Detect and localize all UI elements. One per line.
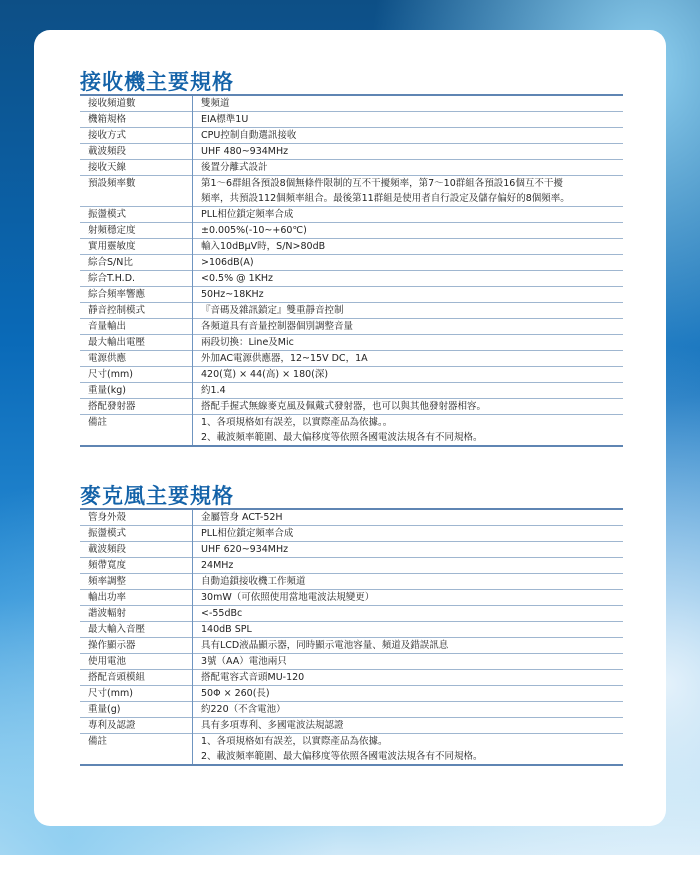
spec-value-line: 金屬管身 ACT-52H [201, 510, 623, 525]
spec-value-line: 搭配電容式音頭MU-120 [201, 670, 623, 685]
spec-row: 振盪模式PLL相位鎖定頻率合成 [80, 526, 623, 542]
spec-value-line: 後置分離式設計 [201, 160, 623, 175]
spec-value: 後置分離式設計 [193, 160, 624, 176]
spec-row: 綜合S/N比>106dB(A) [80, 255, 623, 271]
spec-row: 振盪模式PLL相位鎖定頻率合成 [80, 207, 623, 223]
spec-value-line: CPU控制自動選訊接收 [201, 128, 623, 143]
spec-key: 綜合T.H.D. [80, 271, 193, 287]
spec-row: 搭配音頭模組搭配電容式音頭MU-120 [80, 670, 623, 686]
spec-value-line: ±0.005%(-10~+60℃) [201, 223, 623, 238]
spec-value: 兩段切換：Line及Mic [193, 335, 624, 351]
spec-value: 50Φ × 260(長) [193, 686, 624, 702]
spec-card: 接收機主要規格 接收頻道數雙頻道機箱規格EIA標準1U接收方式CPU控制自動選訊… [34, 30, 666, 826]
spec-key: 管身外殼 [80, 509, 193, 526]
spec-key: 綜合頻率響應 [80, 287, 193, 303]
spec-value: 約220（不含電池） [193, 702, 624, 718]
spec-key: 操作顯示器 [80, 638, 193, 654]
spec-key: 綜合S/N比 [80, 255, 193, 271]
spec-row: 接收方式CPU控制自動選訊接收 [80, 128, 623, 144]
spec-value: 輸入10dBμV時，S/N>80dB [193, 239, 624, 255]
spec-key: 使用電池 [80, 654, 193, 670]
spec-value-line: 2、載波頻率範圍、最大偏移度等依照各國電波法規各有不同規格。 [201, 430, 623, 445]
spec-value-line: 『音碼及雜訊鎖定』雙重靜音控制 [201, 303, 623, 318]
spec-key: 諧波輻射 [80, 606, 193, 622]
spec-key: 接收頻道數 [80, 95, 193, 112]
bottom-margin [0, 855, 700, 873]
spec-key: 射頻穩定度 [80, 223, 193, 239]
spec-value: 具有多項專利、多國電波法規認證 [193, 718, 624, 734]
spec-value: 具有LCD液晶顯示器，同時顯示電池容量、頻道及錯誤訊息 [193, 638, 624, 654]
spec-key: 搭配音頭模組 [80, 670, 193, 686]
spec-value-line: 1、各項規格如有誤差，以實際產品為依據。 [201, 734, 623, 749]
spec-key: 機箱規格 [80, 112, 193, 128]
spec-row: 輸出功率30mW（可依照使用當地電波法規變更） [80, 590, 623, 606]
spec-key: 振盪模式 [80, 526, 193, 542]
spec-value: 金屬管身 ACT-52H [193, 509, 624, 526]
receiver-spec-title: 接收機主要規格 [80, 66, 234, 96]
spec-value-line: 420(寬) × 44(高) × 180(深) [201, 367, 623, 382]
spec-row: 射頻穩定度±0.005%(-10~+60℃) [80, 223, 623, 239]
spec-value-line: PLL相位鎖定頻率合成 [201, 526, 623, 541]
spec-value: 搭配手握式無線麥克風及佩戴式發射器，也可以與其他發射器相容。 [193, 399, 624, 415]
spec-key: 重量(g) [80, 702, 193, 718]
spec-value: 外加AC電源供應器，12~15V DC，1A [193, 351, 624, 367]
receiver-spec-table: 接收頻道數雙頻道機箱規格EIA標準1U接收方式CPU控制自動選訊接收載波頻段UH… [80, 94, 623, 447]
spec-row: 音量輸出各頻道具有音量控制器個別調整音量 [80, 319, 623, 335]
spec-value: <0.5% @ 1KHz [193, 271, 624, 287]
spec-row: 載波頻段UHF 480~934MHz [80, 144, 623, 160]
spec-value-line: 雙頻道 [201, 96, 623, 111]
microphone-spec-title: 麥克風主要規格 [80, 480, 234, 510]
spec-row: 使用電池3號（AA）電池兩只 [80, 654, 623, 670]
spec-value: 『音碼及雜訊鎖定』雙重靜音控制 [193, 303, 624, 319]
spec-key: 重量(kg) [80, 383, 193, 399]
spec-row: 操作顯示器具有LCD液晶顯示器，同時顯示電池容量、頻道及錯誤訊息 [80, 638, 623, 654]
spec-value-line: 具有多項專利、多國電波法規認證 [201, 718, 623, 733]
spec-row: 頻帶寬度24MHz [80, 558, 623, 574]
spec-row: 機箱規格EIA標準1U [80, 112, 623, 128]
spec-row: 靜音控制模式『音碼及雜訊鎖定』雙重靜音控制 [80, 303, 623, 319]
microphone-spec-table: 管身外殼金屬管身 ACT-52H振盪模式PLL相位鎖定頻率合成載波頻段UHF 6… [80, 508, 623, 766]
spec-row: 搭配發射器搭配手握式無線麥克風及佩戴式發射器，也可以與其他發射器相容。 [80, 399, 623, 415]
spec-value-line: 約220（不含電池） [201, 702, 623, 717]
spec-key: 輸出功率 [80, 590, 193, 606]
spec-key: 尺寸(mm) [80, 367, 193, 383]
spec-key: 電源供應 [80, 351, 193, 367]
spec-row: 備註1、各項規格如有誤差，以實際產品為依據。。2、載波頻率範圍、最大偏移度等依照… [80, 415, 623, 447]
spec-value: 24MHz [193, 558, 624, 574]
spec-value-line: UHF 480~934MHz [201, 144, 623, 159]
spec-value: 420(寬) × 44(高) × 180(深) [193, 367, 624, 383]
spec-key: 靜音控制模式 [80, 303, 193, 319]
spec-key: 最大輸入音壓 [80, 622, 193, 638]
spec-value: 雙頻道 [193, 95, 624, 112]
spec-row: 管身外殼金屬管身 ACT-52H [80, 509, 623, 526]
spec-row: 接收天線後置分離式設計 [80, 160, 623, 176]
spec-row: 綜合T.H.D.<0.5% @ 1KHz [80, 271, 623, 287]
spec-row: 最大輸出電壓兩段切換：Line及Mic [80, 335, 623, 351]
spec-key: 實用靈敏度 [80, 239, 193, 255]
spec-row: 諧波輻射<-55dBc [80, 606, 623, 622]
spec-key: 振盪模式 [80, 207, 193, 223]
spec-value-line: 140dB SPL [201, 622, 623, 637]
spec-value-line: PLL相位鎖定頻率合成 [201, 207, 623, 222]
spec-value-line: 約1.4 [201, 383, 623, 398]
spec-row: 最大輸入音壓140dB SPL [80, 622, 623, 638]
spec-value: CPU控制自動選訊接收 [193, 128, 624, 144]
spec-value: 第1～6群組各預設8個無條件限制的互不干擾頻率，第7～10群組各預設16個互不干… [193, 176, 624, 207]
spec-value-line: 第1～6群組各預設8個無條件限制的互不干擾頻率，第7～10群組各預設16個互不干… [201, 176, 623, 191]
spec-row: 尺寸(mm)50Φ × 260(長) [80, 686, 623, 702]
spec-row: 頻率調整自動追鎖接收機工作頻道 [80, 574, 623, 590]
spec-row: 重量(kg)約1.4 [80, 383, 623, 399]
spec-value-line: 30mW（可依照使用當地電波法規變更） [201, 590, 623, 605]
spec-key: 音量輸出 [80, 319, 193, 335]
spec-key: 備註 [80, 415, 193, 447]
spec-key: 最大輸出電壓 [80, 335, 193, 351]
spec-value-line: 3號（AA）電池兩只 [201, 654, 623, 669]
spec-row: 尺寸(mm)420(寬) × 44(高) × 180(深) [80, 367, 623, 383]
spec-key: 接收方式 [80, 128, 193, 144]
spec-row: 專利及認證具有多項專利、多國電波法規認證 [80, 718, 623, 734]
spec-value-line: 50Hz~18KHz [201, 287, 623, 302]
spec-value: UHF 480~934MHz [193, 144, 624, 160]
spec-value-line: EIA標準1U [201, 112, 623, 127]
spec-value-line: 外加AC電源供應器，12~15V DC，1A [201, 351, 623, 366]
spec-value-line: 搭配手握式無線麥克風及佩戴式發射器，也可以與其他發射器相容。 [201, 399, 623, 414]
spec-value-line: >106dB(A) [201, 255, 623, 270]
spec-value: 140dB SPL [193, 622, 624, 638]
spec-value-line: 具有LCD液晶顯示器，同時顯示電池容量、頻道及錯誤訊息 [201, 638, 623, 653]
spec-value: 50Hz~18KHz [193, 287, 624, 303]
spec-row: 預設頻率數第1～6群組各預設8個無條件限制的互不干擾頻率，第7～10群組各預設1… [80, 176, 623, 207]
spec-value: ±0.005%(-10~+60℃) [193, 223, 624, 239]
spec-value-line: <0.5% @ 1KHz [201, 271, 623, 286]
spec-value: 3號（AA）電池兩只 [193, 654, 624, 670]
spec-value: 約1.4 [193, 383, 624, 399]
spec-value-line: 2、載波頻率範圍、最大偏移度等依照各國電波法規各有不同規格。 [201, 749, 623, 764]
spec-row: 載波頻段UHF 620~934MHz [80, 542, 623, 558]
spec-value-line: 24MHz [201, 558, 623, 573]
spec-key: 尺寸(mm) [80, 686, 193, 702]
spec-row: 接收頻道數雙頻道 [80, 95, 623, 112]
spec-value: 1、各項規格如有誤差，以實際產品為依據。。2、載波頻率範圍、最大偏移度等依照各國… [193, 415, 624, 447]
spec-key: 載波頻段 [80, 542, 193, 558]
spec-value-line: 50Φ × 260(長) [201, 686, 623, 701]
spec-value-line: 自動追鎖接收機工作頻道 [201, 574, 623, 589]
spec-row: 電源供應外加AC電源供應器，12~15V DC，1A [80, 351, 623, 367]
spec-row: 實用靈敏度輸入10dBμV時，S/N>80dB [80, 239, 623, 255]
spec-row: 重量(g)約220（不含電池） [80, 702, 623, 718]
spec-value-line: 各頻道具有音量控制器個別調整音量 [201, 319, 623, 334]
spec-value-line: 輸入10dBμV時，S/N>80dB [201, 239, 623, 254]
spec-value: EIA標準1U [193, 112, 624, 128]
spec-value-line: 1、各項規格如有誤差，以實際產品為依據。。 [201, 415, 623, 430]
spec-value-line: 兩段切換：Line及Mic [201, 335, 623, 350]
spec-key: 預設頻率數 [80, 176, 193, 207]
spec-value: 各頻道具有音量控制器個別調整音量 [193, 319, 624, 335]
spec-value-line: 頻率，共預設112個頻率組合。最後第11群組是使用者自行設定及儲存偏好的8個頻率… [201, 191, 623, 206]
spec-value: 搭配電容式音頭MU-120 [193, 670, 624, 686]
spec-key: 專利及認證 [80, 718, 193, 734]
spec-value: UHF 620~934MHz [193, 542, 624, 558]
spec-value-line: UHF 620~934MHz [201, 542, 623, 557]
spec-value: 1、各項規格如有誤差，以實際產品為依據。2、載波頻率範圍、最大偏移度等依照各國電… [193, 734, 624, 766]
spec-key: 載波頻段 [80, 144, 193, 160]
spec-key: 備註 [80, 734, 193, 766]
spec-row: 備註1、各項規格如有誤差，以實際產品為依據。2、載波頻率範圍、最大偏移度等依照各… [80, 734, 623, 766]
spec-value-line: <-55dBc [201, 606, 623, 621]
spec-value: PLL相位鎖定頻率合成 [193, 526, 624, 542]
spec-value: >106dB(A) [193, 255, 624, 271]
spec-key: 頻率調整 [80, 574, 193, 590]
spec-key: 頻帶寬度 [80, 558, 193, 574]
spec-value: 30mW（可依照使用當地電波法規變更） [193, 590, 624, 606]
spec-value: 自動追鎖接收機工作頻道 [193, 574, 624, 590]
spec-key: 搭配發射器 [80, 399, 193, 415]
spec-value: <-55dBc [193, 606, 624, 622]
spec-key: 接收天線 [80, 160, 193, 176]
spec-value: PLL相位鎖定頻率合成 [193, 207, 624, 223]
spec-row: 綜合頻率響應50Hz~18KHz [80, 287, 623, 303]
